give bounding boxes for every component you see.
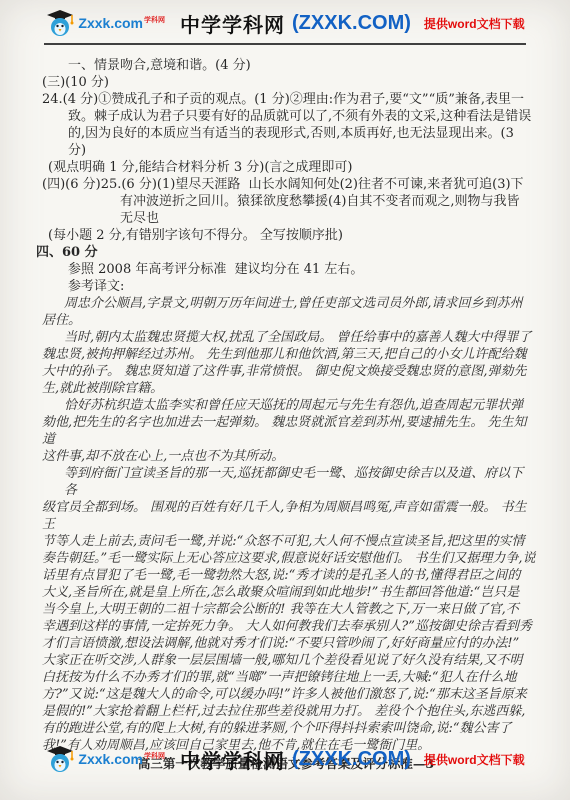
document-line: (观点明确 1 分,能结合材料分析 3 分)(言之成理即可) xyxy=(36,159,536,176)
document-line: 奏告朝廷。”毛一鹭实际上无心答应这要求,假意说好话安慰他们。 书生们又据理力争,… xyxy=(36,550,536,567)
document-lines: 一、情景吻合,意境和谐。(4 分)(三)(10 分)24.(4 分)①赞成孔子和… xyxy=(36,57,536,754)
document-line: 大家正在听交涉,人群象一层层围墙一般,哪知几个差役看见说了好久没有结果,又不明 xyxy=(36,652,536,669)
document-line: 参考译文: xyxy=(36,278,536,295)
document-line: 当时,朝内太监魏忠贤揽大权,扰乱了全国政局。 曾任给事中的嘉善人魏大中得罪了 xyxy=(36,329,536,346)
document-line: 居住。 xyxy=(36,312,536,329)
document-line: 生,就此被削除官籍。 xyxy=(36,380,536,397)
document-line: 节等人走上前去,责问毛一鹭,并说:“众怒不可犯,大人何不慢点宣读圣旨,把这里的实… xyxy=(36,533,536,550)
site-title-chinese: 中学学科网 xyxy=(180,9,285,38)
document-line: 是假的!”大家抢着翻上栏杆,过去拉住那些差役就用力打。 差役个个抱住头,东逃西躲… xyxy=(36,703,536,720)
document-line: 参照 2008 年高考评分标准 建议均分在 41 左右。 xyxy=(36,261,536,278)
document-line: 劾他,把先生的名字也加进去一起弹劾。 魏忠贤就派官差到苏州,要逮捕先生。 先生知… xyxy=(36,414,536,448)
document-line: 方?”又说:“这是魏大人的命令,可以缓办吗!”许多人被他们激怒了,说:“那末这圣… xyxy=(36,686,536,703)
document-line: (每小题 2 分,有错别字该句不得分。 全写按顺序批) xyxy=(36,227,536,244)
document-line: (三)(10 分) xyxy=(36,74,536,91)
document-line: 周忠介公顺昌,字景文,明朝万历年间进士,曾任吏部文选司员外郎,请求回乡到苏州 xyxy=(36,295,536,312)
document-line: 级官员全都到场。 围观的百姓有好几千人,争相为周顺昌鸣冤,声音如雷震一般。 书生… xyxy=(36,499,536,533)
document-line: 有的跑进公堂,有的爬上大树,有的躲进茅厕,个个吓得抖抖索索叫饶命,说:“魏公害了 xyxy=(36,720,536,737)
document-line: 白抚按为什么不办秀才们的罪,就“当啷”一声把镣铐往地上一丢,大喊:“犯人在什么地 xyxy=(36,669,536,686)
document-line: 魏忠贤,被拘押解经过苏州。 先生到他那儿和他饮酒,第三天,把自己的小女儿许配给魏 xyxy=(36,346,536,363)
site-footer: Zxxk.com学科网 中学学科网 (ZXXK.COM) 提供word文档下载 xyxy=(0,744,570,774)
site-header: Zxxk.com学科网 中学学科网 (ZXXK.COM) 提供word文档下载 xyxy=(0,8,570,38)
document-line: 致。棘子成认为君子只要有好的品质就可以了,不须有外表的文采,这种看法是错误 xyxy=(36,108,536,125)
zxxk-logo-text: Zxxk.com学科网 xyxy=(78,751,165,767)
zxxk-logo-sup: 学科网 xyxy=(144,753,165,760)
site-title-english: (ZXXK.COM) xyxy=(292,12,411,35)
scanned-answer-page: Zxxk.com学科网 中学学科网 (ZXXK.COM) 提供word文档下载 … xyxy=(0,0,570,800)
document-line: 等到府衙门宣读圣旨的那一天,巡抚都御史毛一鹭、巡按御史徐吉以及道、府以下各 xyxy=(36,465,536,499)
document-line: 话里有点冒犯了毛一鹭,毛一鹭勃然大怒,说:“秀才读的是孔圣人的书,懂得君臣之间的 xyxy=(36,567,536,584)
document-line: 24.(4 分)①赞成孔子和子贡的观点。(1 分)②理由:作为君子,要“文”“质… xyxy=(36,91,536,108)
document-line: 才们言语愤激,想设法调解,他就对秀才们说:“不要只管吵闹了,好好商量应付的办法!… xyxy=(36,635,536,652)
footer-tagline: 提供word文档下载 xyxy=(424,751,525,768)
header-divider xyxy=(44,43,526,45)
zxxk-logo-text: Zxxk.com学科网 xyxy=(78,15,165,31)
document-body: 一、情景吻合,意境和谐。(4 分)(三)(10 分)24.(4 分)①赞成孔子和… xyxy=(36,57,536,772)
document-line: (四)(6 分)25.(6 分)(1)望尽天涯路 山长水阔知何处(2)往者不可谏… xyxy=(36,176,536,193)
document-line: 有冲波逆折之回川。猿猱欲度愁攀援(4)自其不变者而观之,则物与我皆 xyxy=(36,193,536,210)
document-line: 大义,圣旨所在,就是皇上所在,怎么敢聚众喧闹到如此地步!”书生都回答他道:“岂只… xyxy=(36,584,536,601)
zxxk-mascot-icon xyxy=(45,8,75,38)
header-tagline: 提供word文档下载 xyxy=(424,15,525,32)
site-title-english: (ZXXK.COM) xyxy=(292,748,411,771)
document-line: 的,因为良好的本质应当有适当的表现形式,否则,本质再好,也无法显现出来。(3 xyxy=(36,125,536,142)
document-line: 当今皇上,大明王朝的二祖十宗都会公断的! 我等在大人管教之下,万一来日做了官,不 xyxy=(36,601,536,618)
zxxk-logo-sup: 学科网 xyxy=(144,17,165,24)
document-line: 恰好苏杭织造太监李实和曾任应天巡抚的周起元与先生有怨仇,追查周起元罪状弹 xyxy=(36,397,536,414)
site-title-chinese: 中学学科网 xyxy=(180,745,285,774)
document-line: 幸遇到这样的事情,一定拚死力争。 大人如何教我们去奉承别人?”巡按御史徐吉看到秀 xyxy=(36,618,536,635)
document-line: 这件事,却不放在心上,一点也不为其所动。 xyxy=(36,448,536,465)
zxxk-mascot-icon xyxy=(45,744,75,774)
document-line: 分) xyxy=(36,142,536,159)
document-line: 无尽也 xyxy=(36,210,536,227)
document-line: 四、60 分 xyxy=(36,244,536,261)
document-line: 大中的孙子。 魏忠贤知道了这件事,非常愤恨。 御史倪文焕接受魏忠贤的意图,弹劾先 xyxy=(36,363,536,380)
document-line: 一、情景吻合,意境和谐。(4 分) xyxy=(36,57,536,74)
